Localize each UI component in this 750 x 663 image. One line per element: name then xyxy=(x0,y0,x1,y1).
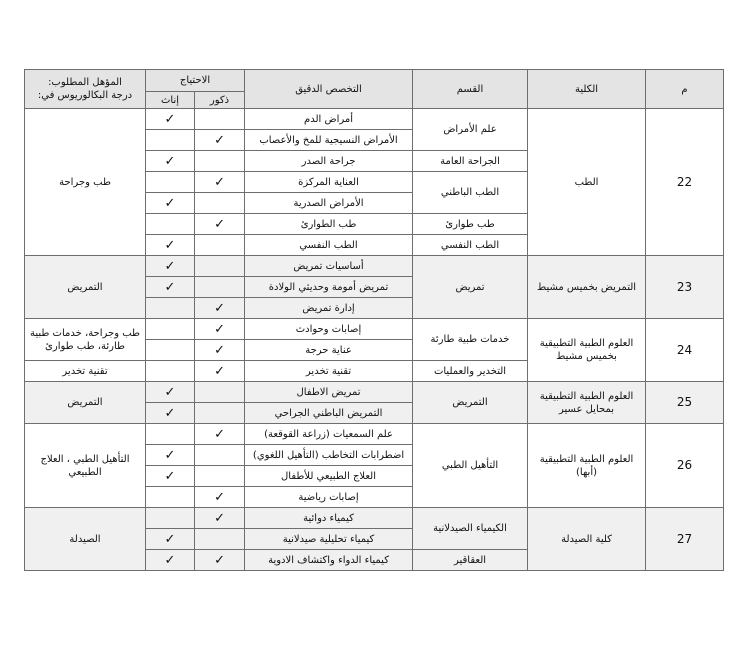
qualification-cell: طب وجراحة، خدمات طبية طارئة، طب طوارئ xyxy=(25,319,146,361)
department-cell: التمريض xyxy=(413,382,528,424)
male-check-icon: ✓ xyxy=(195,424,245,445)
department-cell: العقاقير xyxy=(413,550,528,571)
department-cell: الطب الباطني xyxy=(413,172,528,214)
male-check-icon xyxy=(195,382,245,403)
specialty-cell: إدارة تمريض xyxy=(245,298,413,319)
specialty-cell: العناية المركزة xyxy=(245,172,413,193)
female-check-icon xyxy=(146,508,195,529)
male-check-icon xyxy=(195,277,245,298)
table-row: 25 العلوم الطبية التطبيقية بمحايل عسير ا… xyxy=(25,382,724,403)
male-check-icon: ✓ xyxy=(195,550,245,571)
table-row: 27 كلية الصيدلة الكيمياء الصيدلانية كيمي… xyxy=(25,508,724,529)
specialty-cell: اضطرابات التخاطب (التأهيل اللغوي) xyxy=(245,445,413,466)
row-num: 23 xyxy=(646,256,724,319)
department-cell: الجراحة العامة xyxy=(413,151,528,172)
specialty-cell: إصابات رياضية xyxy=(245,487,413,508)
qualification-line2: درجة البكالوريوس في: xyxy=(28,89,142,102)
female-check-icon: ✓ xyxy=(146,529,195,550)
female-check-icon xyxy=(146,298,195,319)
college-cell: العلوم الطبية التطبيقية بخميس مشيط xyxy=(528,319,646,382)
positions-table: م الكلية القسم التخصص الدقيق الاحتياج ال… xyxy=(24,69,724,571)
table-row: 24 العلوم الطبية التطبيقية بخميس مشيط خد… xyxy=(25,319,724,340)
specialty-cell: العلاج الطبيعي للأطفال xyxy=(245,466,413,487)
female-check-icon xyxy=(146,130,195,151)
specialty-cell: كيمياء دوائية xyxy=(245,508,413,529)
specialty-cell: الطب النفسي xyxy=(245,235,413,256)
qualification-cell: تقنية تخدير xyxy=(25,361,146,382)
female-check-icon xyxy=(146,214,195,235)
male-check-icon: ✓ xyxy=(195,298,245,319)
female-check-icon: ✓ xyxy=(146,550,195,571)
male-check-icon xyxy=(195,193,245,214)
female-check-icon: ✓ xyxy=(146,235,195,256)
specialty-cell: جراحة الصدر xyxy=(245,151,413,172)
department-cell: تمريض xyxy=(413,256,528,319)
male-check-icon: ✓ xyxy=(195,361,245,382)
header-num: م xyxy=(646,70,724,109)
specialty-cell: علم السمعيات (زراعة القوقعة) xyxy=(245,424,413,445)
male-check-icon: ✓ xyxy=(195,130,245,151)
row-num: 26 xyxy=(646,424,724,508)
header-female: إناث xyxy=(146,92,195,109)
header-need: الاحتياج xyxy=(146,70,245,92)
male-check-icon xyxy=(195,235,245,256)
specialty-cell: كيمياء تحليلية صيدلانية xyxy=(245,529,413,550)
female-check-icon: ✓ xyxy=(146,403,195,424)
department-cell: علم الأمراض xyxy=(413,109,528,151)
row-num: 22 xyxy=(646,109,724,256)
qualification-cell: التأهيل الطبي ، العلاج الطبيعي xyxy=(25,424,146,508)
department-cell: الكيمياء الصيدلانية xyxy=(413,508,528,550)
college-cell: التمريض بخميس مشيط xyxy=(528,256,646,319)
female-check-icon xyxy=(146,319,195,340)
header-male: ذكور xyxy=(195,92,245,109)
specialty-cell: أمراض الدم xyxy=(245,109,413,130)
specialty-cell: تمريض الاطفال xyxy=(245,382,413,403)
female-check-icon xyxy=(146,424,195,445)
male-check-icon: ✓ xyxy=(195,340,245,361)
department-cell: التأهيل الطبي xyxy=(413,424,528,508)
female-check-icon xyxy=(146,487,195,508)
department-cell: التخدير والعمليات xyxy=(413,361,528,382)
specialty-cell: الأمراض النسيجية للمخ والأعصاب xyxy=(245,130,413,151)
header-college: الكلية xyxy=(528,70,646,109)
table-row: 23 التمريض بخميس مشيط تمريض أساسيات تمري… xyxy=(25,256,724,277)
female-check-icon: ✓ xyxy=(146,466,195,487)
female-check-icon: ✓ xyxy=(146,151,195,172)
specialty-cell: كيمياء الدواء واكتشاف الادوية xyxy=(245,550,413,571)
male-check-icon xyxy=(195,256,245,277)
row-num: 27 xyxy=(646,508,724,571)
header-department: القسم xyxy=(413,70,528,109)
qualification-cell: الصيدلة xyxy=(25,508,146,571)
department-cell: الطب النفسي xyxy=(413,235,528,256)
table-row: 26 العلوم الطبية التطبيقية (أبها) التأهي… xyxy=(25,424,724,445)
college-cell: الطب xyxy=(528,109,646,256)
header-row: م الكلية القسم التخصص الدقيق الاحتياج ال… xyxy=(25,70,724,92)
female-check-icon: ✓ xyxy=(146,193,195,214)
female-check-icon xyxy=(146,172,195,193)
qualification-cell: التمريض xyxy=(25,256,146,319)
header-qualification: المؤهل المطلوب: درجة البكالوريوس في: xyxy=(25,70,146,109)
male-check-icon xyxy=(195,466,245,487)
table-row: 22 الطب علم الأمراض أمراض الدم ✓ طب وجرا… xyxy=(25,109,724,130)
header-specialty: التخصص الدقيق xyxy=(245,70,413,109)
specialty-cell: التمريض الباطني الجراحي xyxy=(245,403,413,424)
female-check-icon: ✓ xyxy=(146,109,195,130)
male-check-icon xyxy=(195,151,245,172)
department-cell: طب طوارئ xyxy=(413,214,528,235)
qualification-cell: طب وجراحة xyxy=(25,109,146,256)
specialty-cell: الأمراض الصدرية xyxy=(245,193,413,214)
female-check-icon: ✓ xyxy=(146,277,195,298)
department-cell: خدمات طبية طارئة xyxy=(413,319,528,361)
specialty-cell: طب الطوارئ xyxy=(245,214,413,235)
specialty-cell: إصابات وحوادث xyxy=(245,319,413,340)
male-check-icon xyxy=(195,445,245,466)
male-check-icon: ✓ xyxy=(195,319,245,340)
specialty-cell: أساسيات تمريض xyxy=(245,256,413,277)
college-cell: كلية الصيدلة xyxy=(528,508,646,571)
female-check-icon: ✓ xyxy=(146,256,195,277)
row-num: 24 xyxy=(646,319,724,382)
qualification-line1: المؤهل المطلوب: xyxy=(28,76,142,89)
female-check-icon: ✓ xyxy=(146,382,195,403)
male-check-icon: ✓ xyxy=(195,214,245,235)
specialty-cell: عناية حرجة xyxy=(245,340,413,361)
qualification-cell: التمريض xyxy=(25,382,146,424)
specialty-cell: تقنية تخدير xyxy=(245,361,413,382)
college-cell: العلوم الطبية التطبيقية (أبها) xyxy=(528,424,646,508)
female-check-icon: ✓ xyxy=(146,445,195,466)
female-check-icon xyxy=(146,361,195,382)
female-check-icon xyxy=(146,340,195,361)
row-num: 25 xyxy=(646,382,724,424)
male-check-icon xyxy=(195,529,245,550)
male-check-icon xyxy=(195,403,245,424)
male-check-icon: ✓ xyxy=(195,508,245,529)
male-check-icon: ✓ xyxy=(195,172,245,193)
male-check-icon: ✓ xyxy=(195,487,245,508)
specialty-cell: تمريض أمومة وحديثي الولادة xyxy=(245,277,413,298)
college-cell: العلوم الطبية التطبيقية بمحايل عسير xyxy=(528,382,646,424)
male-check-icon xyxy=(195,109,245,130)
